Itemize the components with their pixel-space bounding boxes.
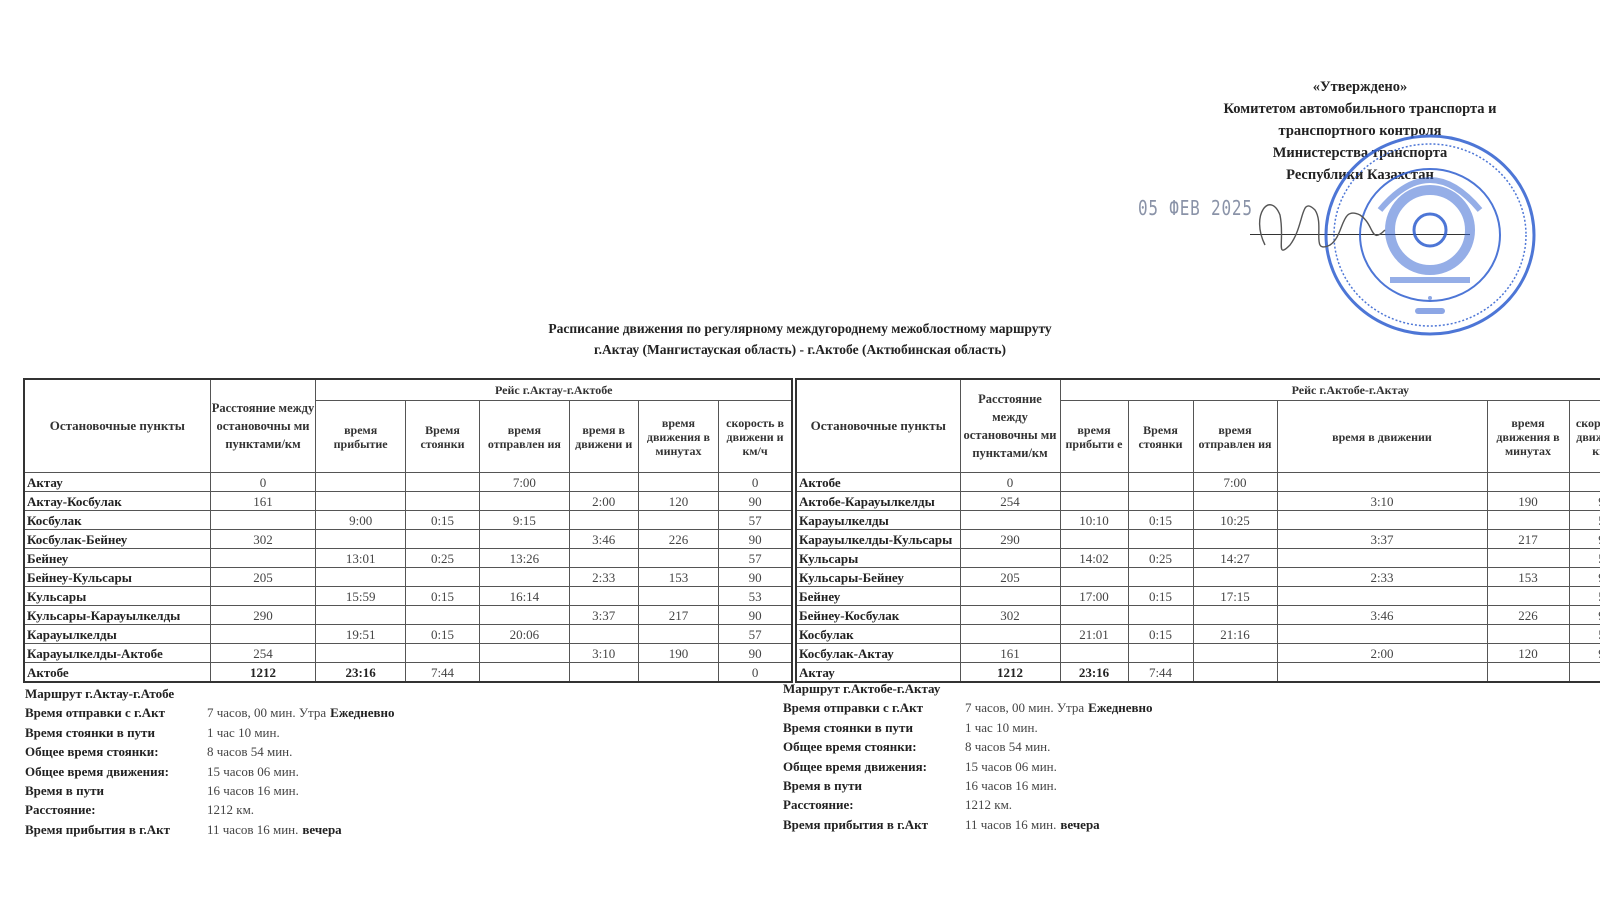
summary-row: Время прибытия в г.Акт11 часов 16 мин.ве… [25,820,395,839]
cell-stop-time: 0:15 [405,511,479,530]
summary-value: 15 часов 06 мин. [207,762,303,781]
summary-label: Время стоянки в пути [783,718,965,737]
route-summary-aktau-aktobe: Маршрут г.Актау-г.Атобе Время отправки с… [25,684,395,839]
cell-departure: 7:00 [1193,473,1277,492]
cell-moving [569,625,638,644]
cell-minutes [638,473,718,492]
cell-arrival [316,606,406,625]
summary-label: Время в пути [25,781,207,800]
cell-moving [569,549,638,568]
cell-distance: 205 [210,568,316,587]
cell-speed: 90 [1569,606,1600,625]
summary-value-emphasis: Ежедневно [330,705,394,720]
summary-row: Общее время стоянки:8 часов 54 мин. [25,742,395,761]
cell-speed: 0 [1569,663,1600,683]
summary-title: Маршрут г.Актобе-г.Актау [783,679,1153,698]
cell-speed: 90 [719,644,792,663]
summary-value: 8 часов 54 мин. [965,737,1054,756]
cell-departure: 10:25 [1193,511,1277,530]
cell-stop-time: 0:15 [405,625,479,644]
cell-departure: 17:15 [1193,587,1277,606]
cell-moving: 2:00 [1277,644,1487,663]
cell-arrival [316,568,406,587]
table-row: Кульсары14:020:2514:2753 [796,549,1600,568]
table-row: Актобе07:000 [796,473,1600,492]
cell-moving: 2:00 [569,492,638,511]
cell-distance: 0 [960,473,1060,492]
table-row: Актобе-Карауылкелды2543:1019090 [796,492,1600,511]
cell-arrival [316,492,406,511]
cell-speed: 53 [719,587,792,606]
table-row: Карауылкелды10:100:1510:2557 [796,511,1600,530]
cell-departure: 13:26 [480,549,570,568]
header-speed: скорость в движени и км/ч [1569,401,1600,473]
cell-departure [480,492,570,511]
summary-value-text: 1212 км. [207,802,254,817]
cell-distance: 205 [960,568,1060,587]
signature-icon [1245,185,1395,265]
cell-arrival: 21:01 [1060,625,1128,644]
cell-departure: 14:27 [1193,549,1277,568]
table-row: Карауылкелды-Актобе2543:1019090 [24,644,792,663]
cell-speed: 53 [1569,549,1600,568]
table-row: Актобе121223:167:440 [24,663,792,683]
cell-stop: Косбулак [24,511,210,530]
cell-speed: 90 [719,530,792,549]
cell-distance: 302 [960,606,1060,625]
cell-stop-time [405,644,479,663]
cell-arrival [1060,492,1128,511]
cell-arrival: 9:00 [316,511,406,530]
summary-value-text: 8 часов 54 мин. [207,744,292,759]
table-row: Кульсары-Карауылкелды2903:3721790 [24,606,792,625]
cell-distance: 290 [210,606,316,625]
cell-moving [569,663,638,683]
cell-arrival [1060,644,1128,663]
title-line-2: г.Актау (Мангистауская область) - г.Акто… [400,339,1200,360]
summary-label: Расстояние: [25,800,207,819]
header-stop-time: Время стоянки [405,401,479,473]
summary-value: 1 час 10 мин. [207,723,284,742]
cell-departure [1193,492,1277,511]
summary-label: Время стоянки в пути [25,723,207,742]
summary-value: 11 часов 16 мин.вечера [965,815,1100,834]
header-moving-minutes: время движения в минутах [638,401,718,473]
cell-distance [210,587,316,606]
approval-line: «Утверждено» [1170,76,1550,98]
cell-minutes: 217 [1487,530,1569,549]
cell-arrival [316,530,406,549]
cell-distance [960,587,1060,606]
cell-arrival: 15:59 [316,587,406,606]
header-stops: Остановочные пункты [24,379,210,473]
summary-value: 1212 км. [965,795,1016,814]
cell-distance: 0 [210,473,316,492]
summary-value-text: 7 часов, 00 мин. Утра [207,705,326,720]
summary-label: Общее время движения: [25,762,207,781]
title-line-1: Расписание движения по регулярному между… [400,318,1200,339]
header-departure: время отправлен ия [480,401,570,473]
table-row: Бейнеу-Кульсары2052:3315390 [24,568,792,587]
cell-stop-time [405,492,479,511]
cell-moving: 3:37 [1277,530,1487,549]
cell-moving [1277,511,1487,530]
cell-speed: 0 [719,473,792,492]
summary-row: Время отправки с г.Акт7 часов, 00 мин. У… [783,698,1153,717]
table-row: Карауылкелды19:510:1520:0657 [24,625,792,644]
cell-stop-time: 0:15 [1128,625,1193,644]
cell-departure: 21:16 [1193,625,1277,644]
schedule-table-aktau-aktobe: Остановочные пункты Расстояние между ост… [23,378,793,683]
header-trip-label: Рейс г.Актобе-г.Актау [1060,379,1600,401]
summary-row: Время в пути16 часов 16 мин. [25,781,395,800]
cell-distance: 161 [960,644,1060,663]
cell-speed: 0 [1569,473,1600,492]
cell-departure [1193,568,1277,587]
cell-distance: 254 [210,644,316,663]
cell-minutes [638,663,718,683]
cell-stop: Кульсары-Бейнеу [796,568,960,587]
cell-minutes: 190 [638,644,718,663]
cell-stop-time [405,606,479,625]
summary-row: Общее время движения:15 часов 06 мин. [783,757,1153,776]
summary-value-text: 11 часов 16 мин. [965,817,1056,832]
summary-label: Общее время стоянки: [25,742,207,761]
cell-speed: 0 [719,663,792,683]
summary-row: Общее время движения:15 часов 06 мин. [25,762,395,781]
cell-minutes: 120 [638,492,718,511]
summary-row: Время стоянки в пути1 час 10 мин. [25,723,395,742]
cell-distance: 302 [210,530,316,549]
summary-label: Расстояние: [783,795,965,814]
cell-stop: Актобе [24,663,210,683]
cell-stop-time [1128,473,1193,492]
cell-speed: 90 [1569,530,1600,549]
cell-moving [1277,473,1487,492]
cell-speed: 57 [719,511,792,530]
summary-value: 15 часов 06 мин. [965,757,1061,776]
cell-speed: 57 [719,549,792,568]
cell-stop: Карауылкелды [796,511,960,530]
cell-speed: 90 [719,606,792,625]
cell-moving: 2:33 [1277,568,1487,587]
cell-departure [1193,530,1277,549]
summary-value: 16 часов 16 мин. [207,781,303,800]
cell-speed: 90 [1569,492,1600,511]
cell-stop: Кульсары-Карауылкелды [24,606,210,625]
cell-stop: Кульсары [24,587,210,606]
cell-stop: Бейнеу-Кульсары [24,568,210,587]
summary-value: 1212 км. [207,800,258,819]
schedule-table-aktobe-aktau: Остановочные пункты Расстояние между ост… [795,378,1600,683]
cell-departure: 9:15 [480,511,570,530]
cell-arrival [1060,473,1128,492]
summary-value-text: 8 часов 54 мин. [965,739,1050,754]
cell-stop: Бейнеу-Косбулак [796,606,960,625]
cell-stop: Актау-Косбулак [24,492,210,511]
cell-departure [480,606,570,625]
cell-minutes: 226 [1487,606,1569,625]
summary-value-emphasis: вечера [1060,817,1099,832]
table-row: Косбулак9:000:159:1557 [24,511,792,530]
summary-value-emphasis: вечера [302,822,341,837]
summary-value-emphasis: Ежедневно [1088,700,1152,715]
summary-row: Расстояние:1212 км. [783,795,1153,814]
header-moving-minutes: время движения в минутах [1487,401,1569,473]
summary-label: Время прибытия в г.Акт [25,820,207,839]
summary-row: Время прибытия в г.Акт11 часов 16 мин.ве… [783,815,1153,834]
summary-label: Время отправки с г.Акт [783,698,965,717]
cell-moving: 2:33 [569,568,638,587]
summary-value-text: 15 часов 06 мин. [207,764,299,779]
cell-stop-time [405,568,479,587]
cell-departure [480,644,570,663]
cell-moving: 3:10 [1277,492,1487,511]
cell-stop-time: 0:15 [1128,587,1193,606]
summary-value-text: 16 часов 16 мин. [207,783,299,798]
cell-departure [480,663,570,683]
cell-stop: Актау [24,473,210,492]
cell-minutes: 153 [638,568,718,587]
cell-minutes: 190 [1487,492,1569,511]
summary-label: Время в пути [783,776,965,795]
cell-distance [960,511,1060,530]
cell-stop: Бейнеу [796,587,960,606]
cell-arrival [1060,606,1128,625]
cell-departure [1193,644,1277,663]
table-row: Бейнеу13:010:2513:2657 [24,549,792,568]
document-title: Расписание движения по регулярному между… [400,318,1200,360]
summary-row: Время стоянки в пути1 час 10 мин. [783,718,1153,737]
cell-arrival [316,473,406,492]
cell-speed: 57 [1569,587,1600,606]
table-row: Бейнеу17:000:1517:1557 [796,587,1600,606]
header-distance: Расстояние между остановочны ми пунктами… [960,379,1060,473]
summary-value: 1 час 10 мин. [965,718,1042,737]
summary-value: 8 часов 54 мин. [207,742,296,761]
cell-departure: 7:00 [480,473,570,492]
summary-value-text: 11 часов 16 мин. [207,822,298,837]
cell-moving: 3:37 [569,606,638,625]
summary-label: Общее время стоянки: [783,737,965,756]
cell-distance: 161 [210,492,316,511]
cell-moving [569,511,638,530]
cell-stop: Карауылкелды [24,625,210,644]
summary-value: 7 часов, 00 мин. УтраЕжедневно [207,703,395,722]
cell-distance: 290 [960,530,1060,549]
cell-stop: Косбулак-Актау [796,644,960,663]
cell-moving: 3:46 [1277,606,1487,625]
cell-stop-time: 0:25 [1128,549,1193,568]
cell-stop-time: 7:44 [405,663,479,683]
cell-stop-time [1128,530,1193,549]
cell-departure: 16:14 [480,587,570,606]
cell-distance [960,625,1060,644]
header-moving-time: время в движени и [569,401,638,473]
cell-minutes [1487,663,1569,683]
cell-minutes [1487,625,1569,644]
header-moving-time: время в движении [1277,401,1487,473]
cell-distance: 1212 [210,663,316,683]
cell-arrival: 23:16 [316,663,406,683]
cell-stop: Косбулак-Бейнеу [24,530,210,549]
cell-distance: 254 [960,492,1060,511]
cell-speed: 90 [1569,644,1600,663]
table-row: Актау07:000 [24,473,792,492]
approval-line: Комитетом автомобильного транспорта и [1170,98,1550,120]
cell-stop: Бейнеу [24,549,210,568]
cell-distance [210,549,316,568]
cell-departure [480,530,570,549]
cell-stop: Актобе [796,473,960,492]
cell-stop-time: 0:15 [405,587,479,606]
cell-departure [1193,663,1277,683]
table-row: Косбулак-Бейнеу3023:4622690 [24,530,792,549]
cell-stop: Кульсары [796,549,960,568]
cell-stop: Актобе-Карауылкелды [796,492,960,511]
cell-stop-time [1128,644,1193,663]
cell-arrival: 14:02 [1060,549,1128,568]
cell-stop-time [1128,568,1193,587]
cell-stop-time [405,473,479,492]
header-stop-time: Время стоянки [1128,401,1193,473]
cell-speed: 57 [1569,625,1600,644]
summary-row: Время в пути16 часов 16 мин. [783,776,1153,795]
cell-arrival: 10:10 [1060,511,1128,530]
cell-minutes [638,511,718,530]
cell-distance [210,511,316,530]
cell-stop: Карауылкелды-Кульсары [796,530,960,549]
cell-speed: 90 [719,568,792,587]
cell-stop-time [405,530,479,549]
table-row: Кульсары-Бейнеу2052:3315390 [796,568,1600,587]
cell-arrival: 17:00 [1060,587,1128,606]
table-row: Косбулак-Актау1612:0012090 [796,644,1600,663]
summary-title: Маршрут г.Актау-г.Атобе [25,684,395,703]
summary-value: 7 часов, 00 мин. УтраЕжедневно [965,698,1153,717]
header-stops: Остановочные пункты [796,379,960,473]
table-row: Кульсары15:590:1516:1453 [24,587,792,606]
cell-stop-time: 0:15 [1128,511,1193,530]
cell-moving [569,473,638,492]
header-departure: время отправлен ия [1193,401,1277,473]
table-row: Косбулак21:010:1521:1657 [796,625,1600,644]
table-row: Карауылкелды-Кульсары2903:3721790 [796,530,1600,549]
route-summary-aktobe-aktau: Маршрут г.Актобе-г.Актау Время отправки … [783,679,1153,834]
cell-minutes [1487,549,1569,568]
cell-minutes [1487,511,1569,530]
cell-minutes [638,625,718,644]
cell-moving [1277,625,1487,644]
summary-value: 16 часов 16 мин. [965,776,1061,795]
cell-moving [1277,549,1487,568]
summary-value-text: 15 часов 06 мин. [965,759,1057,774]
summary-label: Общее время движения: [783,757,965,776]
table-row: Актау-Косбулак1612:0012090 [24,492,792,511]
cell-speed: 90 [1569,568,1600,587]
cell-departure [480,568,570,587]
date-stamp: 05 ФЕВ 2025 [1138,196,1253,220]
summary-row: Время отправки с г.Акт7 часов, 00 мин. У… [25,703,395,722]
cell-minutes [1487,587,1569,606]
header-speed: скорость в движени и км/ч [719,401,792,473]
summary-label: Время прибытия в г.Акт [783,815,965,834]
cell-departure [1193,606,1277,625]
cell-moving [1277,587,1487,606]
cell-stop-time [1128,606,1193,625]
cell-stop: Карауылкелды-Актобе [24,644,210,663]
cell-minutes: 226 [638,530,718,549]
cell-stop-time: 0:25 [405,549,479,568]
cell-stop-time [1128,492,1193,511]
summary-value: 11 часов 16 мин.вечера [207,820,342,839]
cell-minutes [1487,473,1569,492]
cell-stop: Косбулак [796,625,960,644]
cell-speed: 90 [719,492,792,511]
cell-minutes: 217 [638,606,718,625]
summary-value-text: 1 час 10 мин. [965,720,1038,735]
summary-value-text: 7 часов, 00 мин. Утра [965,700,1084,715]
cell-speed: 57 [719,625,792,644]
summary-value-text: 1212 км. [965,797,1012,812]
header-arrival: время прибытие [316,401,406,473]
cell-minutes: 153 [1487,568,1569,587]
summary-label: Время отправки с г.Акт [25,703,207,722]
cell-moving [1277,663,1487,683]
cell-minutes [638,587,718,606]
summary-row: Общее время стоянки:8 часов 54 мин. [783,737,1153,756]
cell-arrival: 13:01 [316,549,406,568]
summary-value-text: 16 часов 16 мин. [965,778,1057,793]
cell-departure: 20:06 [480,625,570,644]
header-arrival: время прибыти е [1060,401,1128,473]
cell-speed: 57 [1569,511,1600,530]
header-distance: Расстояние между остановочны ми пунктами… [210,379,316,473]
cell-moving: 3:46 [569,530,638,549]
table-row: Бейнеу-Косбулак3023:4622690 [796,606,1600,625]
summary-value-text: 1 час 10 мин. [207,725,280,740]
cell-arrival [1060,568,1128,587]
cell-arrival [1060,530,1128,549]
cell-moving: 3:10 [569,644,638,663]
cell-distance [210,625,316,644]
cell-minutes: 120 [1487,644,1569,663]
summary-row: Расстояние:1212 км. [25,800,395,819]
header-trip-label: Рейс г.Актау-г.Актобе [316,379,792,401]
cell-arrival [316,644,406,663]
cell-moving [569,587,638,606]
cell-arrival: 19:51 [316,625,406,644]
cell-distance [960,549,1060,568]
cell-minutes [638,549,718,568]
